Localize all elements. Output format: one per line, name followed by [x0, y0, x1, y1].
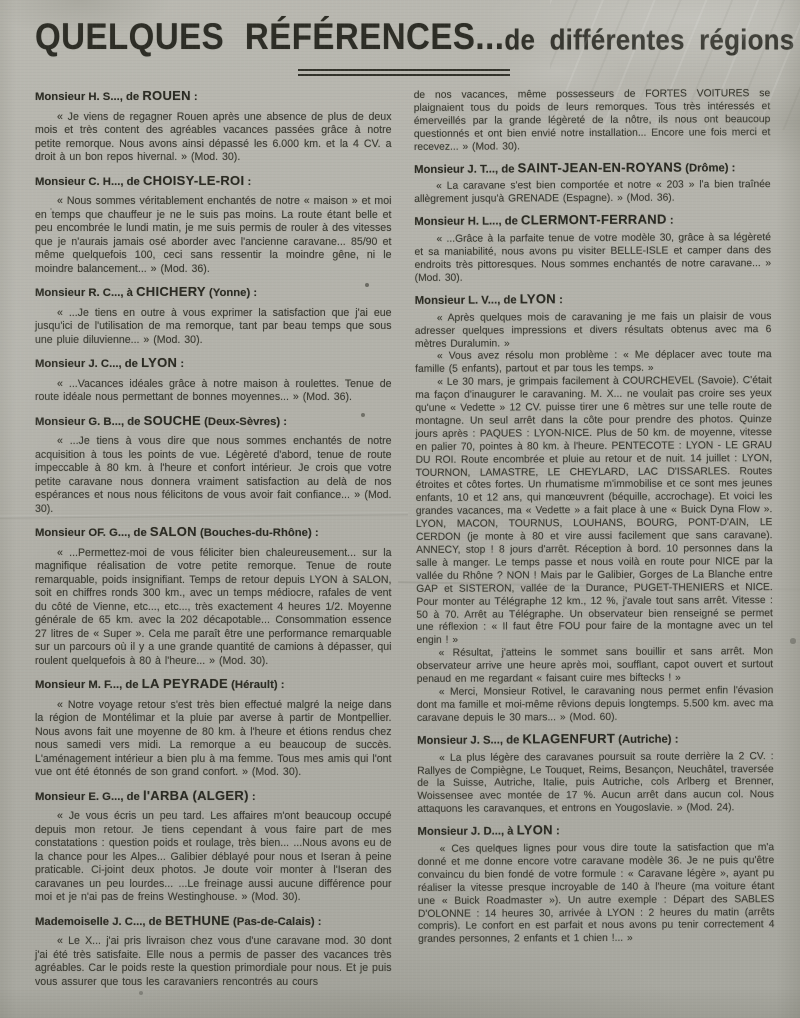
testimonial-section: Monsieur H. S..., de ROUEN :« Je viens d… [35, 89, 392, 165]
heading-place-name: l'ARBA (ALGER) [143, 788, 249, 803]
testimonial-heading: Monsieur L. V..., de LYON : [414, 292, 771, 308]
testimonial-section: Monsieur R. C..., à CHICHERY (Yonne) :« … [35, 285, 392, 347]
testimonial-paragraph: « ...Grâce à la parfaite tenue de votre … [414, 232, 771, 285]
heading-place-name: CLERMONT-FERRAND [520, 212, 666, 228]
testimonial-heading: Monsieur J. T..., de SAINT-JEAN-EN-ROYAN… [414, 161, 771, 177]
testimonial-section: Monsieur J. T..., de SAINT-JEAN-EN-ROYAN… [414, 161, 771, 208]
heading-text: (Pas-de-Calais) : [230, 916, 322, 928]
testimonial-section: Monsieur E. G..., de l'ARBA (ALGER) :« J… [35, 789, 392, 905]
testimonial-paragraph: « Après quelques mois de caravaning je m… [414, 311, 771, 352]
heading-text: Monsieur J. T..., de [414, 163, 518, 176]
heading-place-name: SOUCHE [144, 413, 201, 428]
heading-text: Monsieur G. B..., de [35, 416, 144, 428]
heading-text: : [552, 825, 559, 837]
testimonial-paragraph: « Ces quelques lignes pour vous dire tou… [417, 842, 774, 947]
heading-text: : [249, 791, 256, 803]
heading-text: (Bouches-du-Rhône) : [197, 527, 319, 539]
heading-place-name: BETHUNE [165, 913, 230, 928]
testimonial-heading: Monsieur H. L..., de CLERMONT-FERRAND : [414, 213, 771, 229]
heading-place-name: LYON [519, 291, 555, 306]
heading-text: (Hérault) : [228, 679, 285, 691]
testimonial-heading: Monsieur J. D..., à LYON : [417, 823, 774, 839]
heading-text: Monsieur M. F..., de [35, 679, 142, 691]
left-column: Monsieur H. S..., de ROUEN :« Je viens d… [35, 89, 392, 989]
heading-text: Monsieur R. C..., à [35, 287, 136, 299]
heading-place-name: LYON [141, 355, 177, 370]
heading-place-name: LA PEYRADE [142, 676, 228, 691]
testimonial-paragraph: « Nous sommes véritablement enchantés de… [35, 195, 392, 276]
testimonial-section: Monsieur H. L..., de CLERMONT-FERRAND :«… [414, 213, 771, 285]
page-content: QUELQUES RÉFÉRENCES... de différentes ré… [0, 0, 800, 1018]
heading-text: Mademoiselle J. C..., de [35, 916, 165, 928]
testimonial-paragraph: « Je viens de regagner Rouen après une a… [35, 111, 392, 165]
testimonial-heading: Monsieur R. C..., à CHICHERY (Yonne) : [35, 285, 392, 301]
scanned-document-page: QUELQUES RÉFÉRENCES... de différentes ré… [0, 0, 800, 1018]
testimonial-heading: Monsieur H. S..., de ROUEN : [35, 89, 392, 105]
testimonial-section: Monsieur J. S..., de KLAGENFURT (Autrich… [417, 732, 774, 817]
testimonial-paragraph: « Vous avez résolu mon problème : « Me d… [415, 349, 772, 377]
page-title-sub: de différentes régions [504, 23, 794, 57]
testimonial-paragraph: « Résultat, j'atteins le sommet sans bou… [416, 646, 773, 687]
testimonial-section: Monsieur J. C..., de LYON :« ...Vacances… [35, 356, 392, 405]
testimonial-section: de nos vacances, même possesseurs de FOR… [413, 88, 770, 154]
heading-text: : [177, 358, 184, 370]
columns: Monsieur H. S..., de ROUEN :« Je viens d… [35, 89, 772, 989]
heading-text: Monsieur L. V..., de [414, 294, 519, 307]
heading-text: : [666, 215, 673, 227]
title-rule [298, 69, 510, 76]
right-column: de nos vacances, même possesseurs de FOR… [413, 88, 774, 990]
testimonial-heading: Monsieur J. C..., de LYON : [35, 356, 392, 372]
heading-text: Monsieur J. D..., à [417, 826, 516, 839]
testimonial-section: Monsieur J. D..., à LYON :« Ces quelques… [417, 823, 774, 947]
testimonial-paragraph: « Le X... j'ai pris livraison chez vous … [35, 935, 392, 989]
testimonial-paragraph: « La caravane s'est bien comportée et no… [414, 180, 771, 208]
testimonial-paragraph: « La plus légère des caravanes poursuit … [417, 751, 774, 817]
heading-text: Monsieur H. L..., de [414, 216, 521, 229]
heading-text: Monsieur J. C..., de [35, 358, 141, 370]
testimonial-heading: Monsieur G. B..., de SOUCHE (Deux-Sèvres… [35, 414, 392, 430]
heading-text: (Autriche) : [615, 733, 678, 745]
testimonial-section: Monsieur G. B..., de SOUCHE (Deux-Sèvres… [35, 414, 392, 517]
heading-text: (Yonne) : [206, 287, 257, 299]
testimonial-heading: Monsieur C. H..., de CHOISY-LE-ROI : [35, 174, 392, 190]
heading-text: Monsieur H. S..., de [35, 91, 142, 103]
heading-text: : [555, 294, 562, 306]
testimonial-section: Monsieur M. F..., de LA PEYRADE (Hérault… [35, 677, 392, 780]
testimonial-section: Monsieur L. V..., de LYON :« Après quelq… [414, 292, 773, 726]
testimonial-heading: Monsieur M. F..., de LA PEYRADE (Hérault… [35, 677, 392, 693]
heading-text: Monsieur E. G..., de [35, 791, 143, 803]
testimonial-paragraph: « ...Vacances idéales grâce à notre mais… [35, 378, 392, 405]
heading-text: Monsieur J. S..., de [417, 734, 523, 747]
heading-text: Monsieur OF. G..., de [35, 527, 150, 539]
heading-place-name: LYON [516, 822, 552, 837]
testimonial-paragraph: « Merci, Monsieur Rotivel, le caravaning… [416, 685, 773, 726]
page-title-main: QUELQUES RÉFÉRENCES... [35, 15, 504, 58]
testimonial-heading: Mademoiselle J. C..., de BETHUNE (Pas-de… [35, 914, 392, 930]
testimonial-section: Monsieur OF. G..., de SALON (Bouches-du-… [35, 525, 392, 668]
testimonial-heading: Monsieur J. S..., de KLAGENFURT (Autrich… [417, 732, 774, 748]
testimonial-heading: Monsieur OF. G..., de SALON (Bouches-du-… [35, 525, 392, 541]
heading-text: (Deux-Sèvres) : [201, 416, 287, 428]
testimonial-section: Mademoiselle J. C..., de BETHUNE (Pas-de… [35, 914, 392, 990]
testimonial-section: Monsieur C. H..., de CHOISY-LE-ROI :« No… [35, 174, 392, 277]
testimonial-paragraph: « ...Je tiens à vous dire que nous somme… [35, 435, 392, 516]
heading-text: (Drôme) : [682, 162, 735, 174]
heading-place-name: ROUEN [142, 88, 190, 103]
heading-text: : [244, 176, 251, 188]
heading-place-name: KLAGENFURT [522, 731, 615, 746]
testimonial-paragraph: de nos vacances, même possesseurs de FOR… [413, 88, 770, 154]
heading-text: : [191, 91, 198, 103]
heading-place-name: CHOISY-LE-ROI [143, 173, 244, 188]
testimonial-paragraph: « Le 30 mars, je grimpais facilement à C… [415, 375, 773, 648]
heading-text: Monsieur C. H..., de [35, 176, 143, 188]
page-title: QUELQUES RÉFÉRENCES... de différentes ré… [35, 20, 772, 58]
testimonial-heading: Monsieur E. G..., de l'ARBA (ALGER) : [35, 789, 392, 805]
heading-place-name: CHICHERY [136, 284, 206, 299]
heading-place-name: SAINT-JEAN-EN-ROYANS [517, 159, 682, 175]
testimonial-paragraph: « ...Je tiens en outre à vous exprimer l… [35, 307, 392, 348]
heading-place-name: SALON [150, 524, 197, 539]
testimonial-paragraph: « Notre voyage retour s'est très bien ef… [35, 699, 392, 780]
testimonial-paragraph: « Je vous écris un peu tard. Les affaire… [35, 810, 392, 905]
testimonial-paragraph: « ...Permettez-moi de vous féliciter bie… [35, 547, 392, 669]
